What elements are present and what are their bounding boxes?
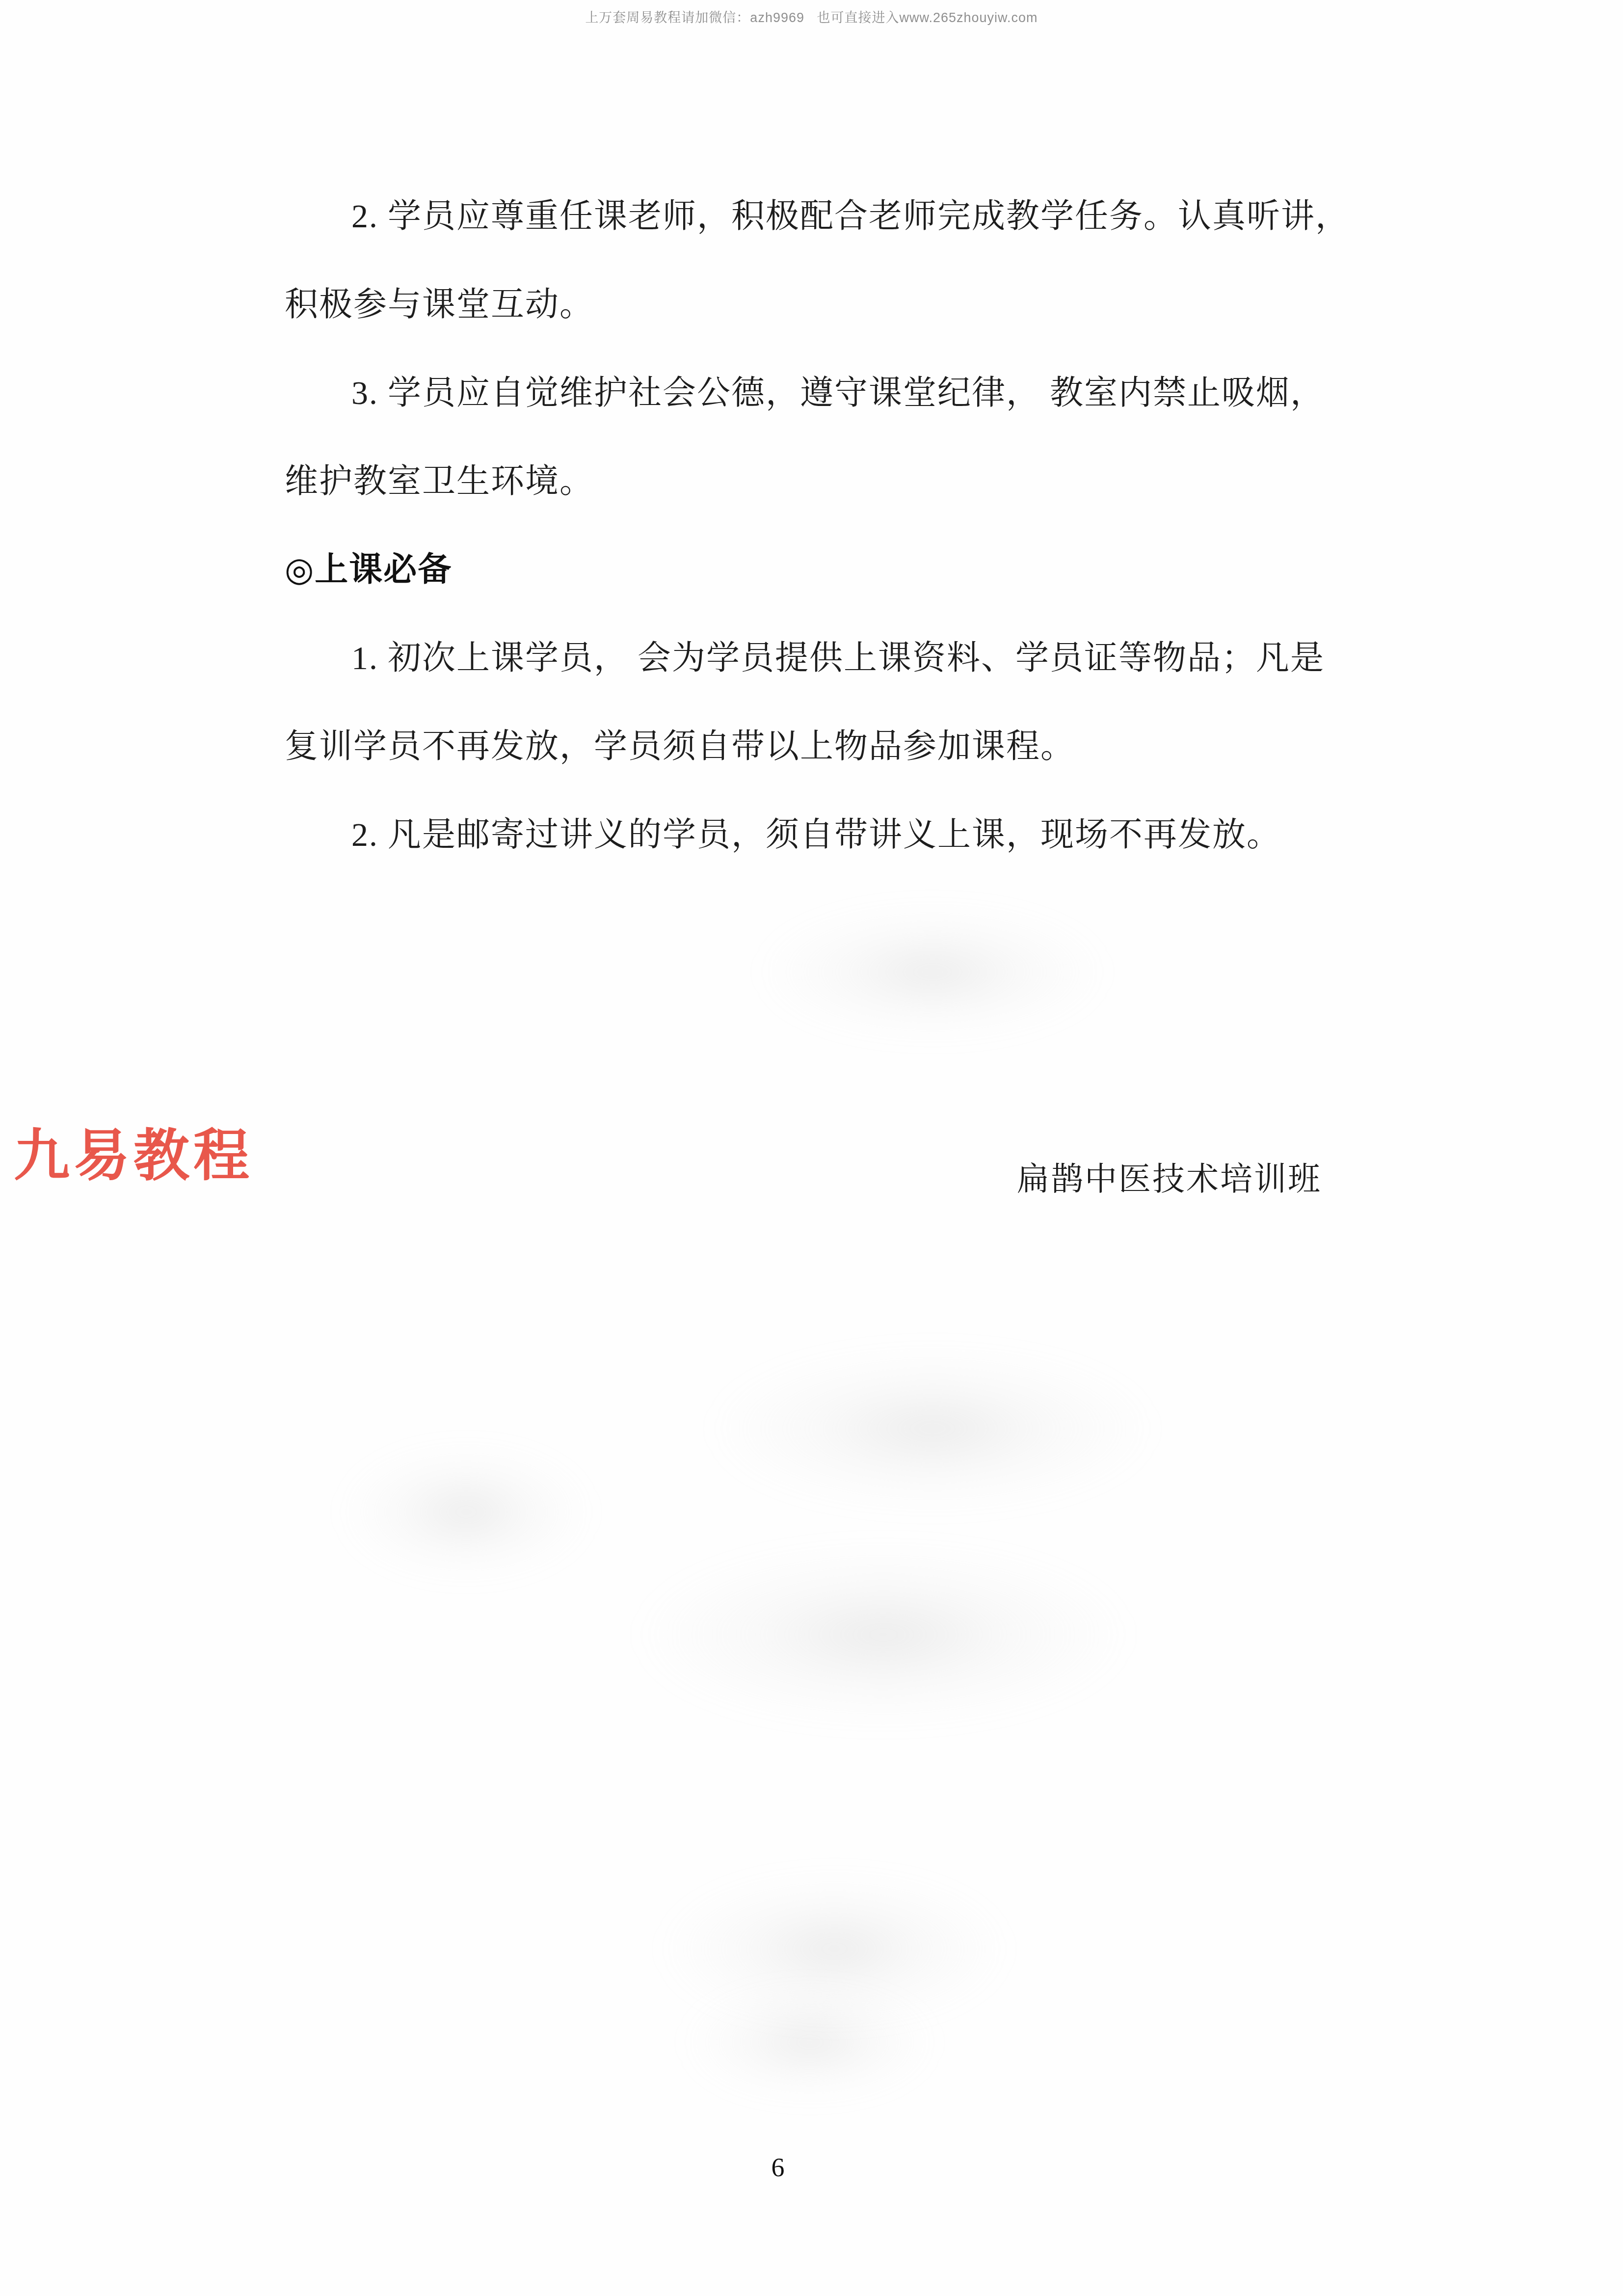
scan-artifact [712, 1350, 1153, 1507]
paragraph-item-2: 2. 凡是邮寄过讲义的学员，须自带讲义上课，现场不再发放。 [285, 790, 1472, 879]
scan-artifact [761, 908, 1104, 1036]
body-text-block: 2. 学员应尊重任课老师，积极配合老师完成教学任务。认真听讲， 积极参与课堂互动… [285, 172, 1472, 879]
page-number: 6 [746, 2152, 810, 2183]
document-page: 上万套周易教程请加微信：azh9969 也可直接进入www.265zhouyiw… [0, 0, 1623, 2296]
scan-artifact [663, 1875, 1006, 2023]
jiuyi-jiaocheng-logo: 九易教程 [14, 1110, 253, 1191]
paragraph-item-1: 1. 初次上课学员， 会为学员提供上课资料、学员证等物品；凡是 复训学员不再发放… [285, 614, 1472, 790]
section-heading-class-essentials: ◎上课必备 [285, 525, 1472, 614]
paragraph-rule-3: 3. 学员应自觉维护社会公德，遵守课堂纪律， 教室内禁止吸烟， 维护教室卫生环境… [285, 349, 1472, 525]
training-class-label: 扁鹊中医技术培训班 [1017, 1153, 1322, 1199]
scan-artifact [638, 1546, 1129, 1723]
scan-artifact [687, 1988, 932, 2096]
header-watermark: 上万套周易教程请加微信：azh9969 也可直接进入www.265zhouyiw… [0, 7, 1623, 26]
paragraph-rule-2: 2. 学员应尊重任课老师，积极配合老师完成教学任务。认真听讲， 积极参与课堂互动… [285, 172, 1472, 349]
scan-artifact [344, 1448, 589, 1576]
